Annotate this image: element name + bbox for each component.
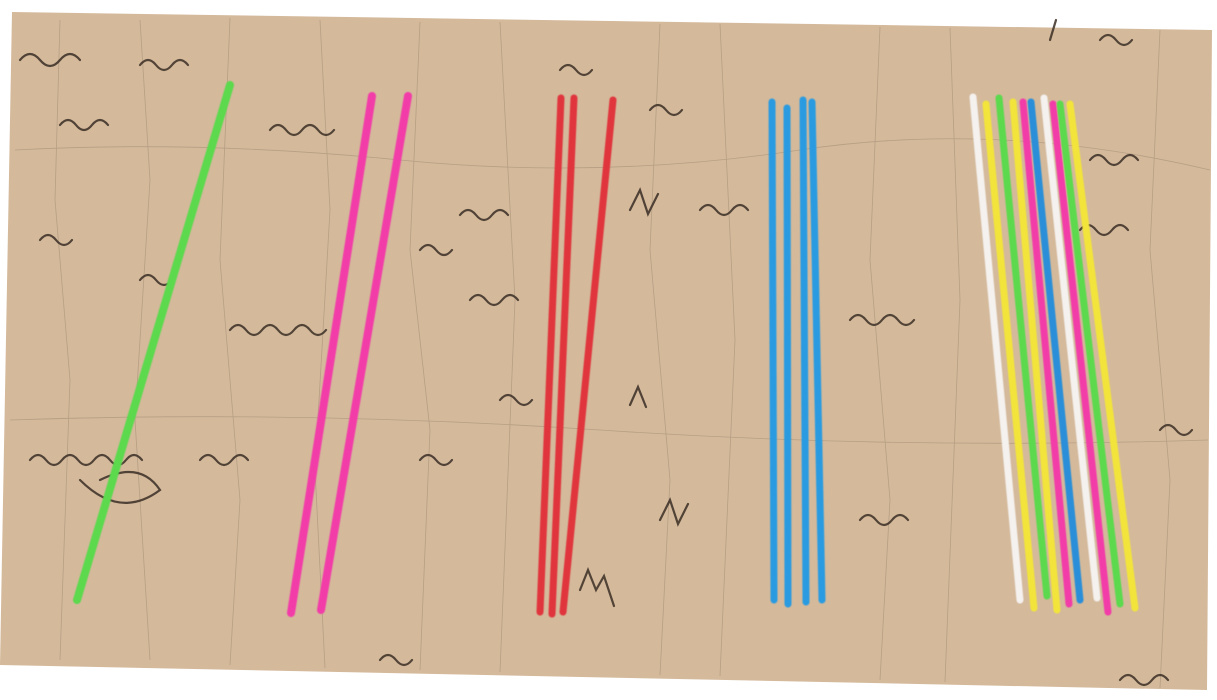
stick-blue [787, 108, 788, 604]
stick-blue [803, 100, 806, 602]
stick-blue [772, 102, 774, 600]
photo [0, 0, 1217, 700]
